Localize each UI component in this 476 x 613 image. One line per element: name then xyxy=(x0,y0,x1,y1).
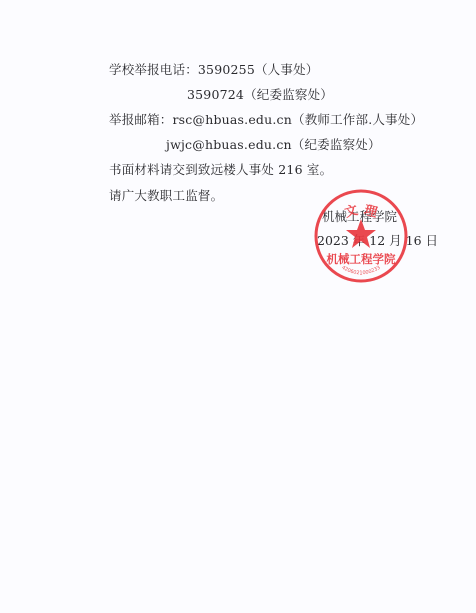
report-phone-line: 学校举报电话：3590255（人事处） xyxy=(109,62,318,78)
document-page: 学校举报电话：3590255（人事处） 3590724（纪委监察处） 举报邮箱：… xyxy=(0,0,476,613)
report-phone-second-line: 3590724（纪委监察处） xyxy=(187,87,333,103)
svg-text:4206021000233: 4206021000233 xyxy=(340,265,381,277)
seal-center-text: 机械工程学院 xyxy=(327,252,396,266)
report-email-line: 举报邮箱：rsc@hbuas.edu.cn（教师工作部.人事处） xyxy=(109,112,423,128)
supervision-line: 请广大教职工监督。 xyxy=(109,188,223,204)
signature-org: 机械工程学院 xyxy=(322,209,397,225)
written-materials-line: 书面材料请交到致远楼人事处 216 室。 xyxy=(109,162,332,178)
seal-code: 4206021000233 xyxy=(340,265,381,277)
report-email-second-line: jwjc@hbuas.edu.cn（纪委监察处） xyxy=(166,137,381,153)
signature-date: 2023 年 12 月 16 日 xyxy=(317,233,438,249)
